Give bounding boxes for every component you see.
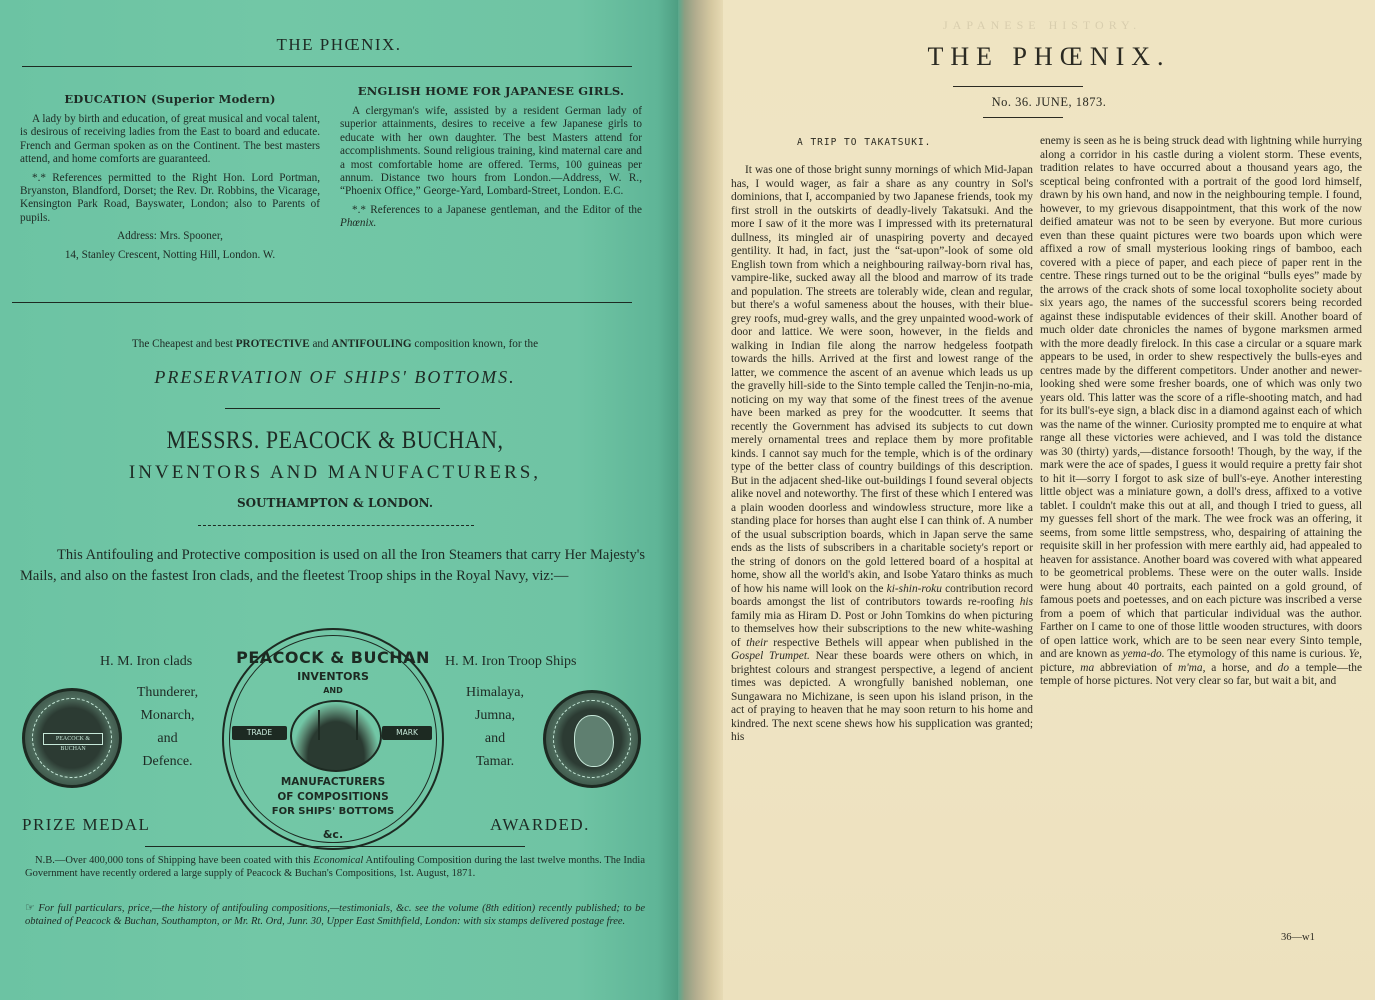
japanese-girls-home-advertisement: ENGLISH HOME FOR JAPANESE GIRLS. A clerg… bbox=[340, 85, 642, 236]
full-particulars: ☞ For full particulars, price,—the histo… bbox=[25, 902, 645, 928]
article-text: It was one of those bright sunny morning… bbox=[731, 164, 1033, 595]
nb-text: N.B.—Over 400,000 tons of Shipping have … bbox=[35, 855, 313, 866]
article-title: A TRIP TO TAKATSUKI. bbox=[797, 137, 931, 148]
ship-name: and bbox=[455, 727, 535, 750]
short-rule bbox=[225, 408, 440, 409]
article-italic: ki-shin-roku bbox=[887, 583, 942, 595]
ship-name: Monarch, bbox=[130, 704, 205, 727]
pointing-hand-icon: ☞ bbox=[25, 902, 35, 914]
trademark-ships-bottoms: FOR SHIPS' BOTTOMS bbox=[224, 806, 442, 817]
education-ad-references: *.* References permitted to the Right Ho… bbox=[20, 172, 320, 226]
trademark-trade-label: TRADE bbox=[232, 726, 287, 740]
firm-location: SOUTHAMPTON & LONDON. bbox=[0, 496, 670, 510]
article-text: picture, bbox=[1040, 662, 1080, 674]
article-italic: their bbox=[746, 637, 768, 649]
troopships-list: Himalaya, Jumna, and Tamar. bbox=[455, 681, 535, 773]
ship-name: Jumna, bbox=[455, 704, 535, 727]
section-rule bbox=[12, 302, 632, 303]
article-paragraph: It was one of those bright sunny morning… bbox=[731, 164, 1033, 745]
article-italic: do bbox=[1278, 662, 1289, 674]
usage-paragraph: This Antifouling and Protective composit… bbox=[20, 545, 645, 587]
nb-italic: Economical bbox=[313, 855, 363, 866]
firm-role: INVENTORS AND MANUFACTURERS, bbox=[0, 462, 670, 484]
running-header: THE PHŒNIX. bbox=[0, 35, 678, 55]
awarded-label: AWARDED. bbox=[490, 815, 590, 835]
home-ad-references-text: *.* References to a Japanese gentleman, … bbox=[352, 204, 642, 216]
ship-name: Defence. bbox=[130, 750, 205, 773]
lead-text: The Cheapest and best bbox=[132, 338, 236, 350]
profile-portrait-icon bbox=[574, 715, 614, 767]
trademark-emblem: PEACOCK & BUCHAN INVENTORS AND TRADE MAR… bbox=[222, 628, 444, 850]
education-ad-title: EDUCATION (Superior Modern) bbox=[20, 93, 320, 105]
article-text: respective Bethels will appear when publ… bbox=[768, 637, 1033, 649]
article-italic: m'ma, bbox=[1178, 662, 1205, 674]
book-gutter bbox=[678, 0, 723, 1000]
trademark-mark-label: MARK bbox=[382, 726, 432, 740]
prize-medal-label: PRIZE MEDAL bbox=[22, 815, 150, 835]
book-spread: THE PHŒNIX. EDUCATION (Superior Modern) … bbox=[0, 0, 1375, 1000]
sailing-ship-icon bbox=[318, 710, 358, 740]
masthead-title: THE PHŒNIX. bbox=[723, 42, 1375, 72]
trademark-inventors: INVENTORS bbox=[224, 670, 442, 683]
lead-bold-protective: PROTECTIVE bbox=[236, 338, 310, 350]
article-text: a horse, and bbox=[1205, 662, 1277, 674]
ship-on-globe-icon bbox=[290, 700, 382, 772]
article-paragraph: enemy is seen as he is being struck dead… bbox=[1040, 135, 1362, 689]
trademark-etc: &c. bbox=[224, 828, 442, 841]
preservation-title: PRESERVATION OF SHIPS' BOTTOMS. bbox=[0, 367, 670, 388]
nota-bene: N.B.—Over 400,000 tons of Shipping have … bbox=[25, 855, 645, 880]
article-italic: Gospel Trumpet. bbox=[731, 650, 810, 662]
firm-name: MESSRS. PEACOCK & BUCHAN, bbox=[0, 425, 670, 455]
trademark-compositions: OF COMPOSITIONS bbox=[224, 791, 442, 803]
education-ad-address: 14, Stanley Crescent, Notting Hill, Lond… bbox=[20, 249, 320, 262]
article-italic: Ye, bbox=[1349, 648, 1362, 660]
masthead-rule bbox=[953, 86, 1083, 87]
issue-rule bbox=[983, 117, 1063, 118]
ship-name: Himalaya, bbox=[455, 681, 535, 704]
home-ad-body: A clergyman's wife, assisted by a reside… bbox=[340, 105, 642, 199]
lead-bold-antifouling: ANTIFOULING bbox=[331, 338, 411, 350]
exhibition-medal-icon: PEACOCK & BUCHAN bbox=[22, 688, 122, 788]
article-italic: his bbox=[1020, 596, 1033, 608]
home-ad-title: ENGLISH HOME FOR JAPANESE GIRLS. bbox=[340, 85, 642, 97]
education-ad-body: A lady by birth and education, of great … bbox=[20, 113, 320, 167]
napoleon-medal-icon bbox=[543, 690, 641, 788]
header-rule bbox=[22, 66, 632, 67]
ironclads-heading: H. M. Iron clads bbox=[100, 650, 192, 673]
trademark-firm: PEACOCK & BUCHAN bbox=[224, 648, 442, 667]
antifouling-lead-line: The Cheapest and best PROTECTIVE and ANT… bbox=[0, 338, 670, 350]
ornamental-rule bbox=[198, 525, 474, 526]
article-text: The etymology of this name is curious. bbox=[1165, 648, 1349, 660]
lead-text: composition known, for the bbox=[412, 338, 538, 350]
trademark-manufacturers: MANUFACTURERS bbox=[224, 776, 442, 788]
lead-text: and bbox=[310, 338, 332, 350]
article-text: enemy is seen as he is being struck dead… bbox=[1040, 135, 1362, 660]
article-italic: ma bbox=[1080, 662, 1094, 674]
article-text: Near these boards were others on which, … bbox=[731, 650, 1033, 743]
article-text: abbreviation of bbox=[1094, 662, 1178, 674]
issue-line: No. 36. JUNE, 1873. bbox=[723, 95, 1375, 110]
education-ad-address-label: Address: Mrs. Spooner, bbox=[20, 230, 320, 243]
ship-name: Tamar. bbox=[455, 750, 535, 773]
ship-name: Thunderer, bbox=[130, 681, 205, 704]
home-ad-references: *.* References to a Japanese gentleman, … bbox=[340, 204, 642, 231]
ship-name: and bbox=[130, 727, 205, 750]
home-ad-references-italic: Phœnix. bbox=[340, 217, 376, 229]
article-italic: yema-do. bbox=[1123, 648, 1165, 660]
ironclads-list: Thunderer, Monarch, and Defence. bbox=[130, 681, 205, 773]
education-advertisement: EDUCATION (Superior Modern) A lady by bi… bbox=[20, 93, 320, 267]
trademark-and: AND bbox=[224, 686, 442, 695]
medal-plate: PEACOCK & BUCHAN bbox=[43, 733, 103, 745]
troopships-heading: H. M. Iron Troop Ships bbox=[445, 650, 576, 673]
article-column-left: It was one of those bright sunny morning… bbox=[731, 164, 1033, 745]
bleed-through-header: JAPANESE HISTORY. bbox=[943, 18, 1141, 33]
right-page-article: JAPANESE HISTORY. THE PHŒNIX. No. 36. JU… bbox=[723, 0, 1375, 1000]
signature-mark: 36—w1 bbox=[1281, 932, 1315, 943]
left-page-advertisements: THE PHŒNIX. EDUCATION (Superior Modern) … bbox=[0, 0, 678, 1000]
bottom-rule bbox=[145, 846, 525, 847]
full-particulars-text: For full particulars, price,—the history… bbox=[25, 903, 645, 927]
article-column-right: enemy is seen as he is being struck dead… bbox=[1040, 135, 1362, 689]
